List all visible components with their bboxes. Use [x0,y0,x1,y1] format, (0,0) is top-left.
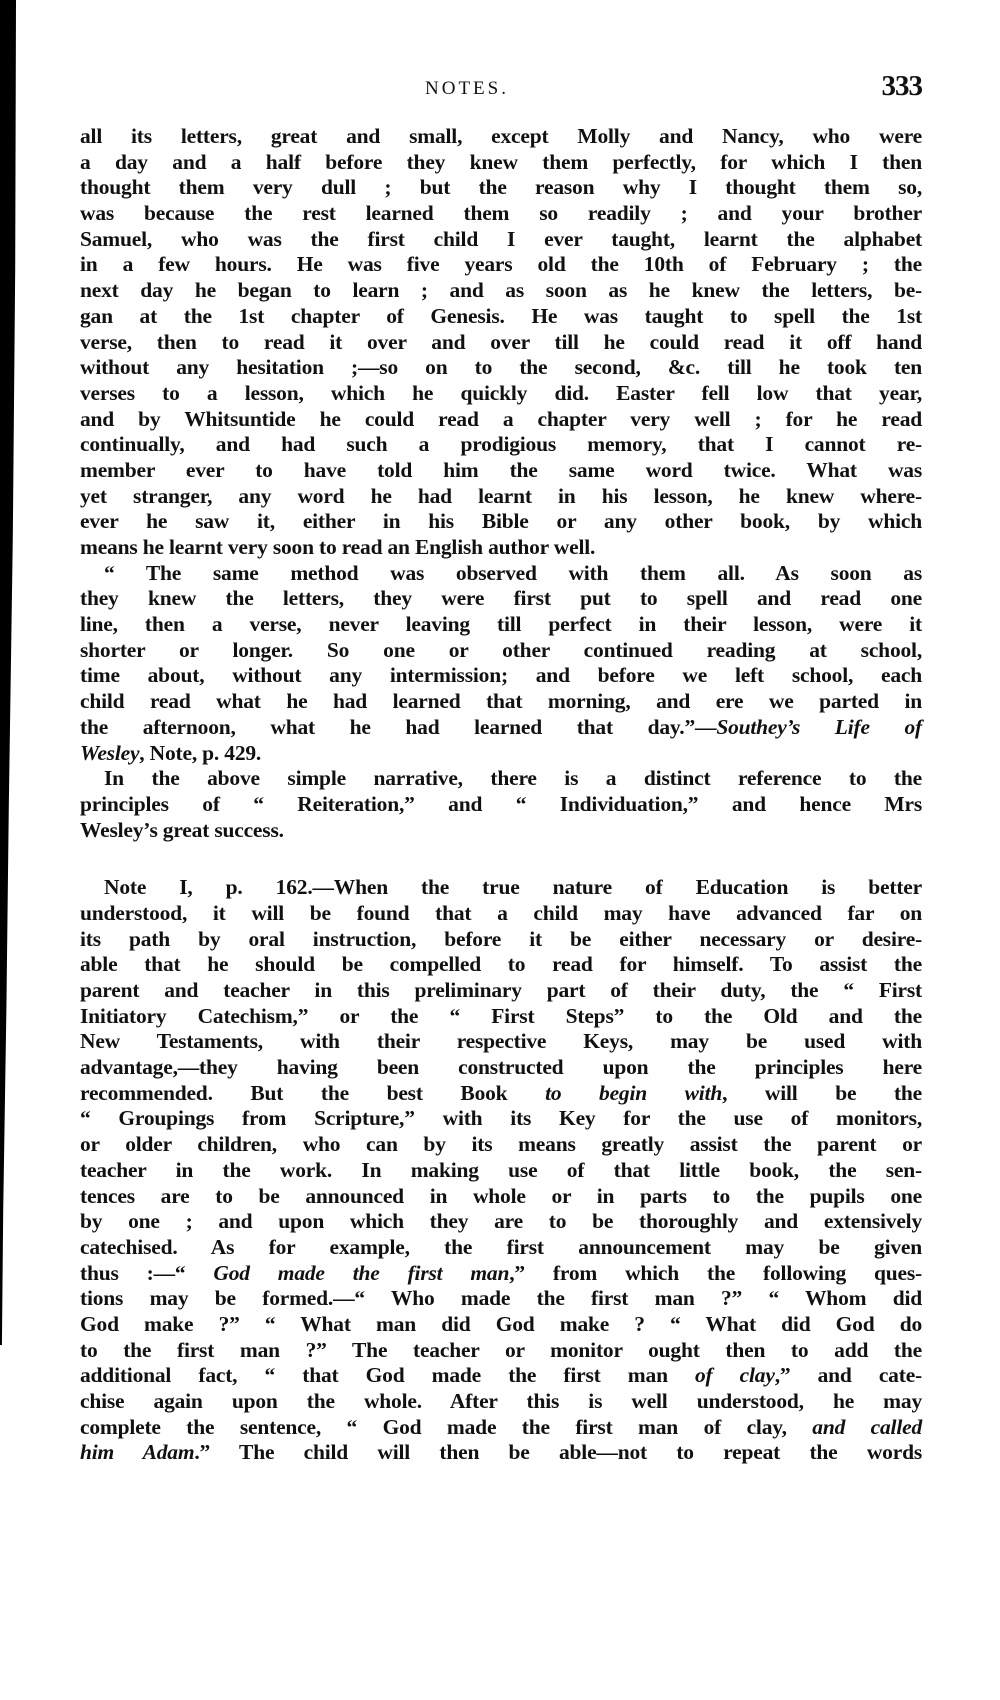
text-line: they knew the letters, they were first p… [80,586,922,612]
text-line: verses to a lesson, which he quickly did… [80,381,922,407]
section-gap [80,843,922,875]
note-heading-line: Note I, p. 162.—When the true nature of … [80,875,922,901]
text-line: next day he began to learn ; and as soon… [80,278,922,304]
text-line: additional fact, “ that God made the fir… [80,1363,922,1389]
text-run: complete the sentence, “ God made the fi… [80,1415,812,1439]
text-line: a day and a half before they knew them p… [80,150,922,176]
text-run: , will be the [722,1081,922,1105]
text-line: line, then a verse, never leaving till p… [80,612,922,638]
text-run: tions may be formed.—“ Who made the firs… [80,1286,922,1310]
text-line: able that he should be compelled to read… [80,952,922,978]
text-run: chise again upon the whole. After this i… [80,1389,922,1413]
paragraph-continuation: all its letters, great and small, except… [80,124,922,561]
text-line: In the above simple narrative, there is … [80,766,922,792]
text-line: child read what he had learned that morn… [80,689,922,715]
text-line: ever he saw it, either in his Bible or a… [80,509,922,535]
page-number: 333 [882,70,923,103]
text-line: tences are to be announced in whole or i… [80,1184,922,1210]
text-line: him Adam.” The child will then be able—n… [80,1440,922,1466]
text-line: teacher in the work. In making use of th… [80,1158,922,1184]
text-run: ,” and cate- [775,1363,922,1387]
paragraph-above-narrative: In the above simple narrative, there is … [80,766,922,843]
italic-run: him Adam [80,1440,194,1464]
text-line: all its letters, great and small, except… [80,124,922,150]
text-line: to the first man ?” The teacher or monit… [80,1338,922,1364]
text-line: advantage,—they having been constructed … [80,1055,922,1081]
text-line: by one ; and upon which they are to be t… [80,1209,922,1235]
running-head: NOTES. 333 [80,70,922,106]
text-run: .” The child will then be able—not to re… [194,1440,922,1464]
citation-title-italic: Southey’s Life of [716,715,922,739]
text-line: time about, without any intermission; an… [80,663,922,689]
text-line: Samuel, who was the first child I ever t… [80,227,922,253]
text-line: tions may be formed.—“ Who made the firs… [80,1286,922,1312]
body-text: all its letters, great and small, except… [80,124,922,1466]
italic-run: God made the first man [213,1261,509,1285]
running-title: NOTES. [425,78,509,100]
text-run: by one ; and upon which they are to be t… [80,1209,922,1233]
text-line: “ The same method was observed with them… [80,561,922,587]
text-line: means he learnt very soon to read an Eng… [80,535,922,561]
text-line: recommended. But the best Book to begin … [80,1081,922,1107]
note-i-paragraph: Note I, p. 162.—When the true nature of … [80,875,922,1466]
text-line: catechised. As for example, the first an… [80,1235,922,1261]
text-line: without any hesitation ;—so on to the se… [80,355,922,381]
text-line: or older children, who can by its means … [80,1132,922,1158]
text-line: yet stranger, any word he had learnt in … [80,484,922,510]
text-line: shorter or longer. So one or other conti… [80,638,922,664]
text-run: “ Groupings from Scripture,” with its Ke… [80,1106,922,1130]
scan-edge-shadow [0,0,16,1345]
text-line: its path by oral instruction, before it … [80,927,922,953]
text-line: principles of “ Reiteration,” and “ Indi… [80,792,922,818]
text-line: thus :—“ God made the first man,” from w… [80,1261,922,1287]
text-line: thought them very dull ; but the reason … [80,175,922,201]
citation-reference: , Note, p. 429. [139,741,261,765]
text-line: Wesley’s great success. [80,818,922,844]
text-run: tences are to be announced in whole or i… [80,1184,922,1208]
text-line: God make ?” “ What man did God make ? “ … [80,1312,922,1338]
paragraph-same-method: “ The same method was observed with them… [80,561,922,767]
citation-title-italic: Wesley [80,741,139,765]
text-line: “ Groupings from Scripture,” with its Ke… [80,1106,922,1132]
text-run: God make ?” “ What man did God make ? “ … [80,1312,922,1336]
text-line: member ever to have told him the same wo… [80,458,922,484]
citation-line: the afternoon, what he had learned that … [80,715,922,741]
text-run: teacher in the work. In making use of th… [80,1158,922,1182]
text-run: to the first man ?” The teacher or monit… [80,1338,922,1362]
text-line: Initiatory Catechism,” or the “ First St… [80,1004,922,1030]
text-line: complete the sentence, “ God made the fi… [80,1415,922,1441]
text-line: in a few hours. He was five years old th… [80,252,922,278]
citation-line: Wesley, Note, p. 429. [80,741,922,767]
text-line: continually, and had such a prodigious m… [80,432,922,458]
text-run: or older children, who can by its means … [80,1132,922,1156]
text-line: parent and teacher in this preliminary p… [80,978,922,1004]
italic-run: of clay [695,1363,775,1387]
text-line: was because the rest learned them so rea… [80,201,922,227]
text-line: chise again upon the whole. After this i… [80,1389,922,1415]
text-run: catechised. As for example, the first an… [80,1235,922,1259]
text-line: and by Whitsuntide he could read a chapt… [80,407,922,433]
italic-run: and called [812,1415,922,1439]
text-run: recommended. But the best Book [80,1081,545,1105]
text-line: verse, then to read it over and over til… [80,330,922,356]
text-run: ,” from which the following ques- [509,1261,922,1285]
text-run: additional fact, “ that God made the fir… [80,1363,695,1387]
text-run: thus :—“ [80,1261,213,1285]
text-line: gan at the 1st chapter of Genesis. He wa… [80,304,922,330]
text-line: understood, it will be found that a chil… [80,901,922,927]
citation-text: the afternoon, what he had learned that … [80,715,716,739]
text-line: New Testaments, with their respective Ke… [80,1029,922,1055]
italic-run: to begin with [545,1081,722,1105]
